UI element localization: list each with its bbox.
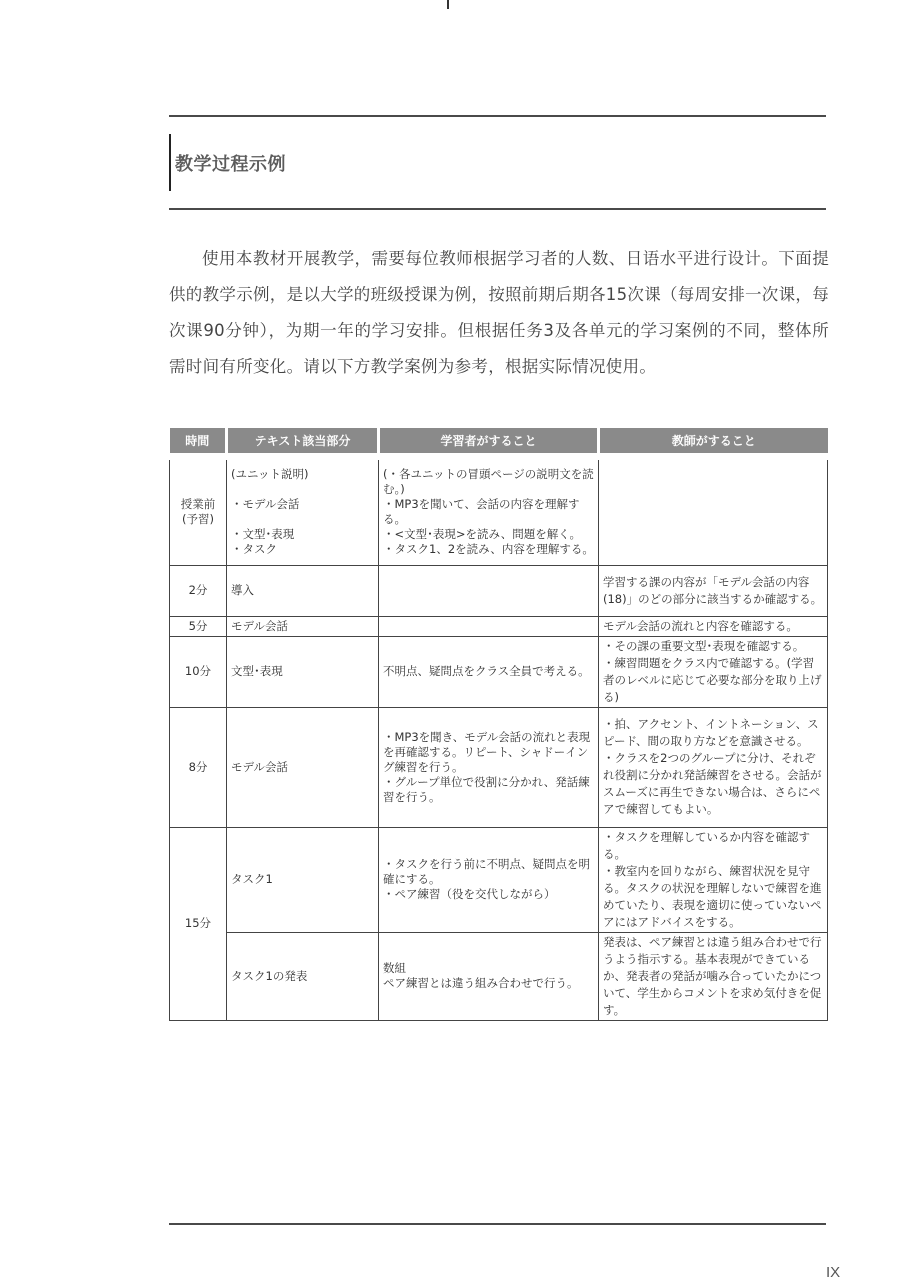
cell-time: 5分 — [170, 616, 227, 636]
cell-learner: 数組 ペア練習とは違う組み合わせで行う。 — [379, 932, 599, 1020]
table-row: 8分 モデル会話 ・MP3を聞き、モデル会話の流れと表現を再確認する。リピート、… — [170, 707, 828, 827]
header-text-part: テキスト該当部分 — [227, 428, 379, 453]
table-row: タスク1の発表 数組 ペア練習とは違う組み合わせで行う。 発表は、ペア練習とは違… — [170, 932, 828, 1020]
cell-time: 10分 — [170, 636, 227, 707]
page-top-marker — [447, 0, 449, 9]
cell-text-part: タスク1 — [227, 827, 379, 932]
cell-teacher — [599, 460, 828, 565]
cell-learner: 不明点、疑問点をクラス全員で考える。 — [379, 636, 599, 707]
header-gap — [170, 453, 828, 460]
cell-text-part: モデル会話 — [227, 616, 379, 636]
intro-paragraph: 使用本教材开展教学，需要每位教师根据学习者的人数、日语水平进行设计。下面提供的教… — [169, 241, 829, 385]
cell-text-part: (ユニット説明) ・モデル会話 ・文型･表現 ・タスク — [227, 460, 379, 565]
cell-learner: (・各ユニットの冒頭ページの説明文を読む。) ・MP3を聞いて、会話の内容を理解… — [379, 460, 599, 565]
cell-text-part: タスク1の発表 — [227, 932, 379, 1020]
cell-teacher: 学習する課の内容が「モデル会話の内容(18)」のどの部分に該当するか確認する。 — [599, 565, 828, 616]
cell-teacher: ・拍、アクセント、イントネーション、スピード、間の取り方などを意識させる。 ・ク… — [599, 707, 828, 827]
table-header-row: 時間 テキスト該当部分 学習者がすること 教師がすること — [170, 428, 828, 453]
lesson-plan-table: 時間 テキスト該当部分 学習者がすること 教師がすること 授業前 (予習) (ユ… — [169, 428, 828, 1021]
cell-text-part: モデル会話 — [227, 707, 379, 827]
table-row: 5分 モデル会話 モデル会話の流れと内容を確認する。 — [170, 616, 828, 636]
header-time: 時間 — [170, 428, 227, 453]
cell-teacher: 発表は、ペア練習とは違う組み合わせで行うよう指示する。基本表現ができているか、発… — [599, 932, 828, 1020]
cell-learner: ・タスクを行う前に不明点、疑問点を明確にする。 ・ペア練習（役を交代しながら） — [379, 827, 599, 932]
cell-learner — [379, 616, 599, 636]
title-accent-bar — [169, 134, 171, 191]
header-learner: 学習者がすること — [379, 428, 599, 453]
header-rule-bottom — [169, 208, 826, 210]
table-row: 授業前 (予習) (ユニット説明) ・モデル会話 ・文型･表現 ・タスク (・各… — [170, 460, 828, 565]
header-teacher: 教師がすること — [599, 428, 828, 453]
cell-teacher: ・タスクを理解しているか内容を確認する。 ・教室内を回りながら、練習状況を見守る… — [599, 827, 828, 932]
page-number: IX — [826, 1264, 840, 1281]
cell-time: 2分 — [170, 565, 227, 616]
cell-time: 15分 — [170, 827, 227, 1020]
table-row: 10分 文型･表現 不明点、疑問点をクラス全員で考える。 ・その課の重要文型･表… — [170, 636, 828, 707]
footer-rule — [169, 1223, 826, 1225]
table-row: 15分 タスク1 ・タスクを行う前に不明点、疑問点を明確にする。 ・ペア練習（役… — [170, 827, 828, 932]
cell-time: 授業前 (予習) — [170, 460, 227, 565]
cell-text-part: 文型･表現 — [227, 636, 379, 707]
header-rule-top — [169, 115, 826, 117]
cell-text-part: 導入 — [227, 565, 379, 616]
cell-teacher: ・その課の重要文型･表現を確認する。 ・練習問題をクラス内で確認する。(学習者の… — [599, 636, 828, 707]
cell-learner: ・MP3を聞き、モデル会話の流れと表現を再確認する。リピート、シャドーイング練習… — [379, 707, 599, 827]
section-title: 教学过程示例 — [175, 150, 286, 176]
cell-time: 8分 — [170, 707, 227, 827]
cell-teacher: モデル会話の流れと内容を確認する。 — [599, 616, 828, 636]
table-row: 2分 導入 学習する課の内容が「モデル会話の内容(18)」のどの部分に該当するか… — [170, 565, 828, 616]
cell-learner — [379, 565, 599, 616]
